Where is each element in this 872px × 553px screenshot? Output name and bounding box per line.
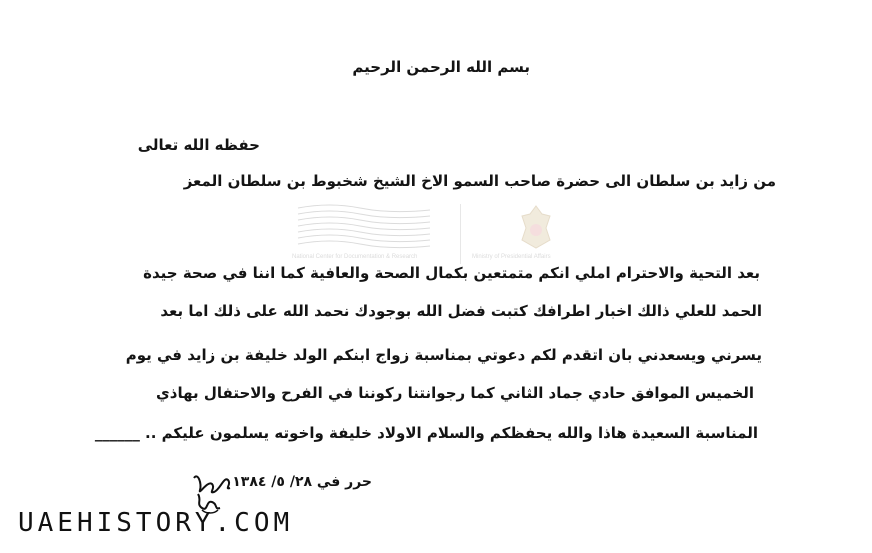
body-line-3: يسرني ويسعدني بان اتقدم لكم دعوتي بمناسب… [126,346,762,364]
emblem-falcon-icon [516,202,556,252]
body-line-5: المناسبة السعيدة هاذا والله يحفظكم والسل… [95,424,758,442]
address-line: من زايد بن سلطان الى حضرة صاحب السمو الا… [184,172,776,190]
body-line-4: الخميس الموافق حادي جماد الثاني كما رجوا… [156,384,754,402]
body-line-1: بعد التحية والاحترام املي انكم متمتعين ب… [143,264,760,282]
basmala: بسم الله الرحمن الرحيم [380,58,530,76]
flag-logo-icon [290,200,450,252]
site-footer-watermark: UAEHISTORY.COM [18,508,293,538]
watermark-caption-right: Ministry of Presidential Affairs [472,254,551,260]
watermark-divider [460,204,461,264]
date-line: حرر في ٢٨/ ٥/ ١٣٨٤ [232,474,372,490]
watermark: National Center for Documentation & Rese… [290,200,620,266]
body-line-2: الحمد للعلي ذالك اخبار اطرافك كتبت فضل ا… [160,302,762,320]
honorific: حفظه الله تعالى [138,136,260,154]
watermark-caption-left: National Center for Documentation & Rese… [292,254,417,260]
